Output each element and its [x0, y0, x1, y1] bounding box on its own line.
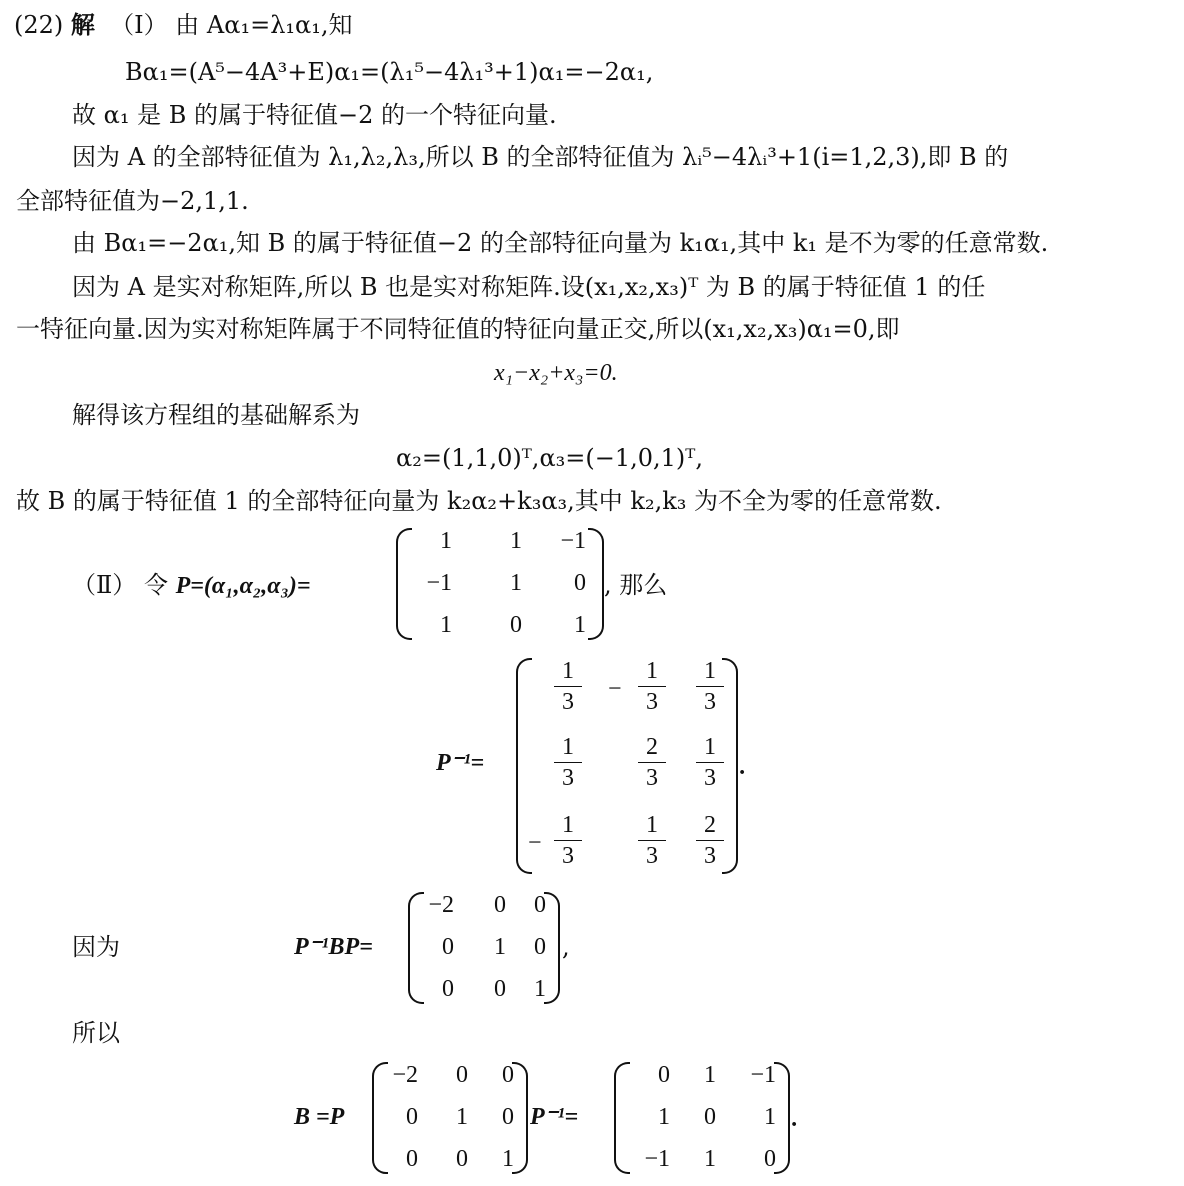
matrix-diagonal: −2 0 0 0 1 0 0 0 1 [408, 892, 560, 1004]
p-inv-entry: 23 [696, 812, 724, 869]
p-cell: 1 [416, 612, 452, 639]
p-inv-entry: 13 [696, 658, 724, 715]
d-cell: 0 [484, 1062, 514, 1089]
d-cell: 0 [476, 976, 506, 1003]
b-cell: −1 [624, 1146, 670, 1173]
d-cell: −2 [382, 1062, 418, 1089]
p-inverse-label: P⁻¹= [436, 748, 484, 778]
b-cell: 1 [624, 1104, 670, 1131]
p-inverse-mid: P⁻¹= [530, 1102, 578, 1132]
matrix-p-inverse: 13 − 13 13 13 23 13 − 13 13 23 [516, 658, 738, 874]
equation-b-alpha1: Bα₁=(A⁵−4A³+E)α₁=(λ₁⁵−4λ₁³+1)α₁=−2α₁, [125, 57, 653, 87]
d-cell: 1 [438, 1104, 468, 1131]
matrix-b: 0 1 −1 1 0 1 −1 1 0 [614, 1062, 790, 1174]
linear-equation: x₁−x₂+x₃=0. [494, 358, 618, 388]
all-eigenvalues-line-b: 全部特征值为−2,1,1. [16, 186, 249, 216]
b-cell: 1 [686, 1062, 716, 1089]
p-inv-entry: 13 [638, 658, 666, 715]
d-cell: 1 [484, 1146, 514, 1173]
p-cell: 1 [546, 612, 586, 639]
so-text: 所以 [72, 1018, 120, 1048]
symmetric-line-b: 一特征向量.因为实对称矩阵属于不同特征值的特征向量正交,所以(x₁,x₂,x₃)… [16, 314, 900, 344]
d-cell: 0 [516, 892, 546, 919]
d-cell: 0 [418, 934, 454, 961]
let-text: 令 [144, 571, 168, 599]
b-cell: 1 [686, 1146, 716, 1173]
b-equals-p: B =P [294, 1102, 344, 1132]
d-cell: 0 [438, 1146, 468, 1173]
p-inv-entry: 23 [638, 734, 666, 791]
d-cell: 0 [484, 1104, 514, 1131]
part1-intro: 由 Aα₁=λ₁α₁,知 [175, 11, 352, 39]
part2-label: （Ⅱ） [72, 571, 136, 599]
minus-sign: − [608, 676, 622, 703]
eigvec-statement: 故 α₁ 是 B 的属于特征值−2 的一个特征向量. [72, 100, 557, 130]
d-cell: 1 [476, 934, 506, 961]
k2-k3-statement: 故 B 的属于特征值 1 的全部特征向量为 k₂α₂+k₃α₃,其中 k₂,k₃… [16, 486, 942, 516]
b-cell: −1 [734, 1062, 776, 1089]
pinv-b-p-label: P⁻¹BP= [294, 932, 373, 962]
p-inv-entry: 13 [554, 734, 582, 791]
part2-def-line: （Ⅱ） 令 P=(α₁,α₂,α₃)= [72, 570, 311, 601]
b-cell: 1 [734, 1104, 776, 1131]
comma: , [562, 932, 570, 962]
basis-intro: 解得该方程组的基础解系为 [72, 400, 360, 430]
k1-statement: 由 Bα₁=−2α₁,知 B 的属于特征值−2 的全部特征向量为 k₁α₁,其中… [72, 228, 1048, 258]
symmetric-line-a: 因为 A 是实对称矩阵,所以 B 也是实对称矩阵.设(x₁,x₂,x₃)ᵀ 为 … [72, 272, 985, 302]
p-definition: P=(α₁,α₂,α₃)= [176, 573, 311, 599]
d-cell: 0 [382, 1104, 418, 1131]
final-period: . [792, 1104, 798, 1134]
b-cell: 0 [624, 1062, 670, 1089]
d-cell: 0 [476, 892, 506, 919]
problem-label: (22) [14, 11, 63, 39]
b-cell: 0 [734, 1146, 776, 1173]
all-eigenvalues-line-a: 因为 A 的全部特征值为 λ₁,λ₂,λ₃,所以 B 的全部特征值为 λᵢ⁵−4… [72, 142, 1008, 172]
minus-sign: − [528, 830, 542, 857]
d-cell: 0 [418, 976, 454, 1003]
p-cell: 1 [416, 528, 452, 555]
matrix-diagonal-2: −2 0 0 0 1 0 0 0 1 [372, 1062, 528, 1174]
b-cell: 0 [686, 1104, 716, 1131]
because-text: 因为 [72, 932, 120, 962]
p-inv-entry: 13 [554, 658, 582, 715]
d-cell: 0 [438, 1062, 468, 1089]
then-text: , 那么 [604, 570, 667, 600]
d-cell: 0 [382, 1146, 418, 1173]
part1-intro-line: (22) 解 （Ⅰ） 由 Aα₁=λ₁α₁,知 [14, 10, 352, 40]
p-cell: 0 [486, 612, 522, 639]
matrix-p: 1 1 −1 −1 1 0 1 0 1 [396, 528, 604, 640]
p-cell: −1 [546, 528, 586, 555]
p-inv-entry: 13 [638, 812, 666, 869]
basis-vectors: α₂=(1,1,0)ᵀ,α₃=(−1,0,1)ᵀ, [396, 443, 703, 473]
p-cell: 1 [486, 570, 522, 597]
p-cell: 1 [486, 528, 522, 555]
p-cell: −1 [404, 570, 452, 597]
d-cell: −2 [418, 892, 454, 919]
solution-label: 解 [71, 10, 95, 39]
d-cell: 0 [516, 934, 546, 961]
period: . [740, 752, 746, 782]
p-inv-entry: 13 [554, 812, 582, 869]
d-cell: 1 [516, 976, 546, 1003]
part1-label: （Ⅰ） [110, 11, 167, 39]
p-cell: 0 [546, 570, 586, 597]
p-inv-entry: 13 [696, 734, 724, 791]
